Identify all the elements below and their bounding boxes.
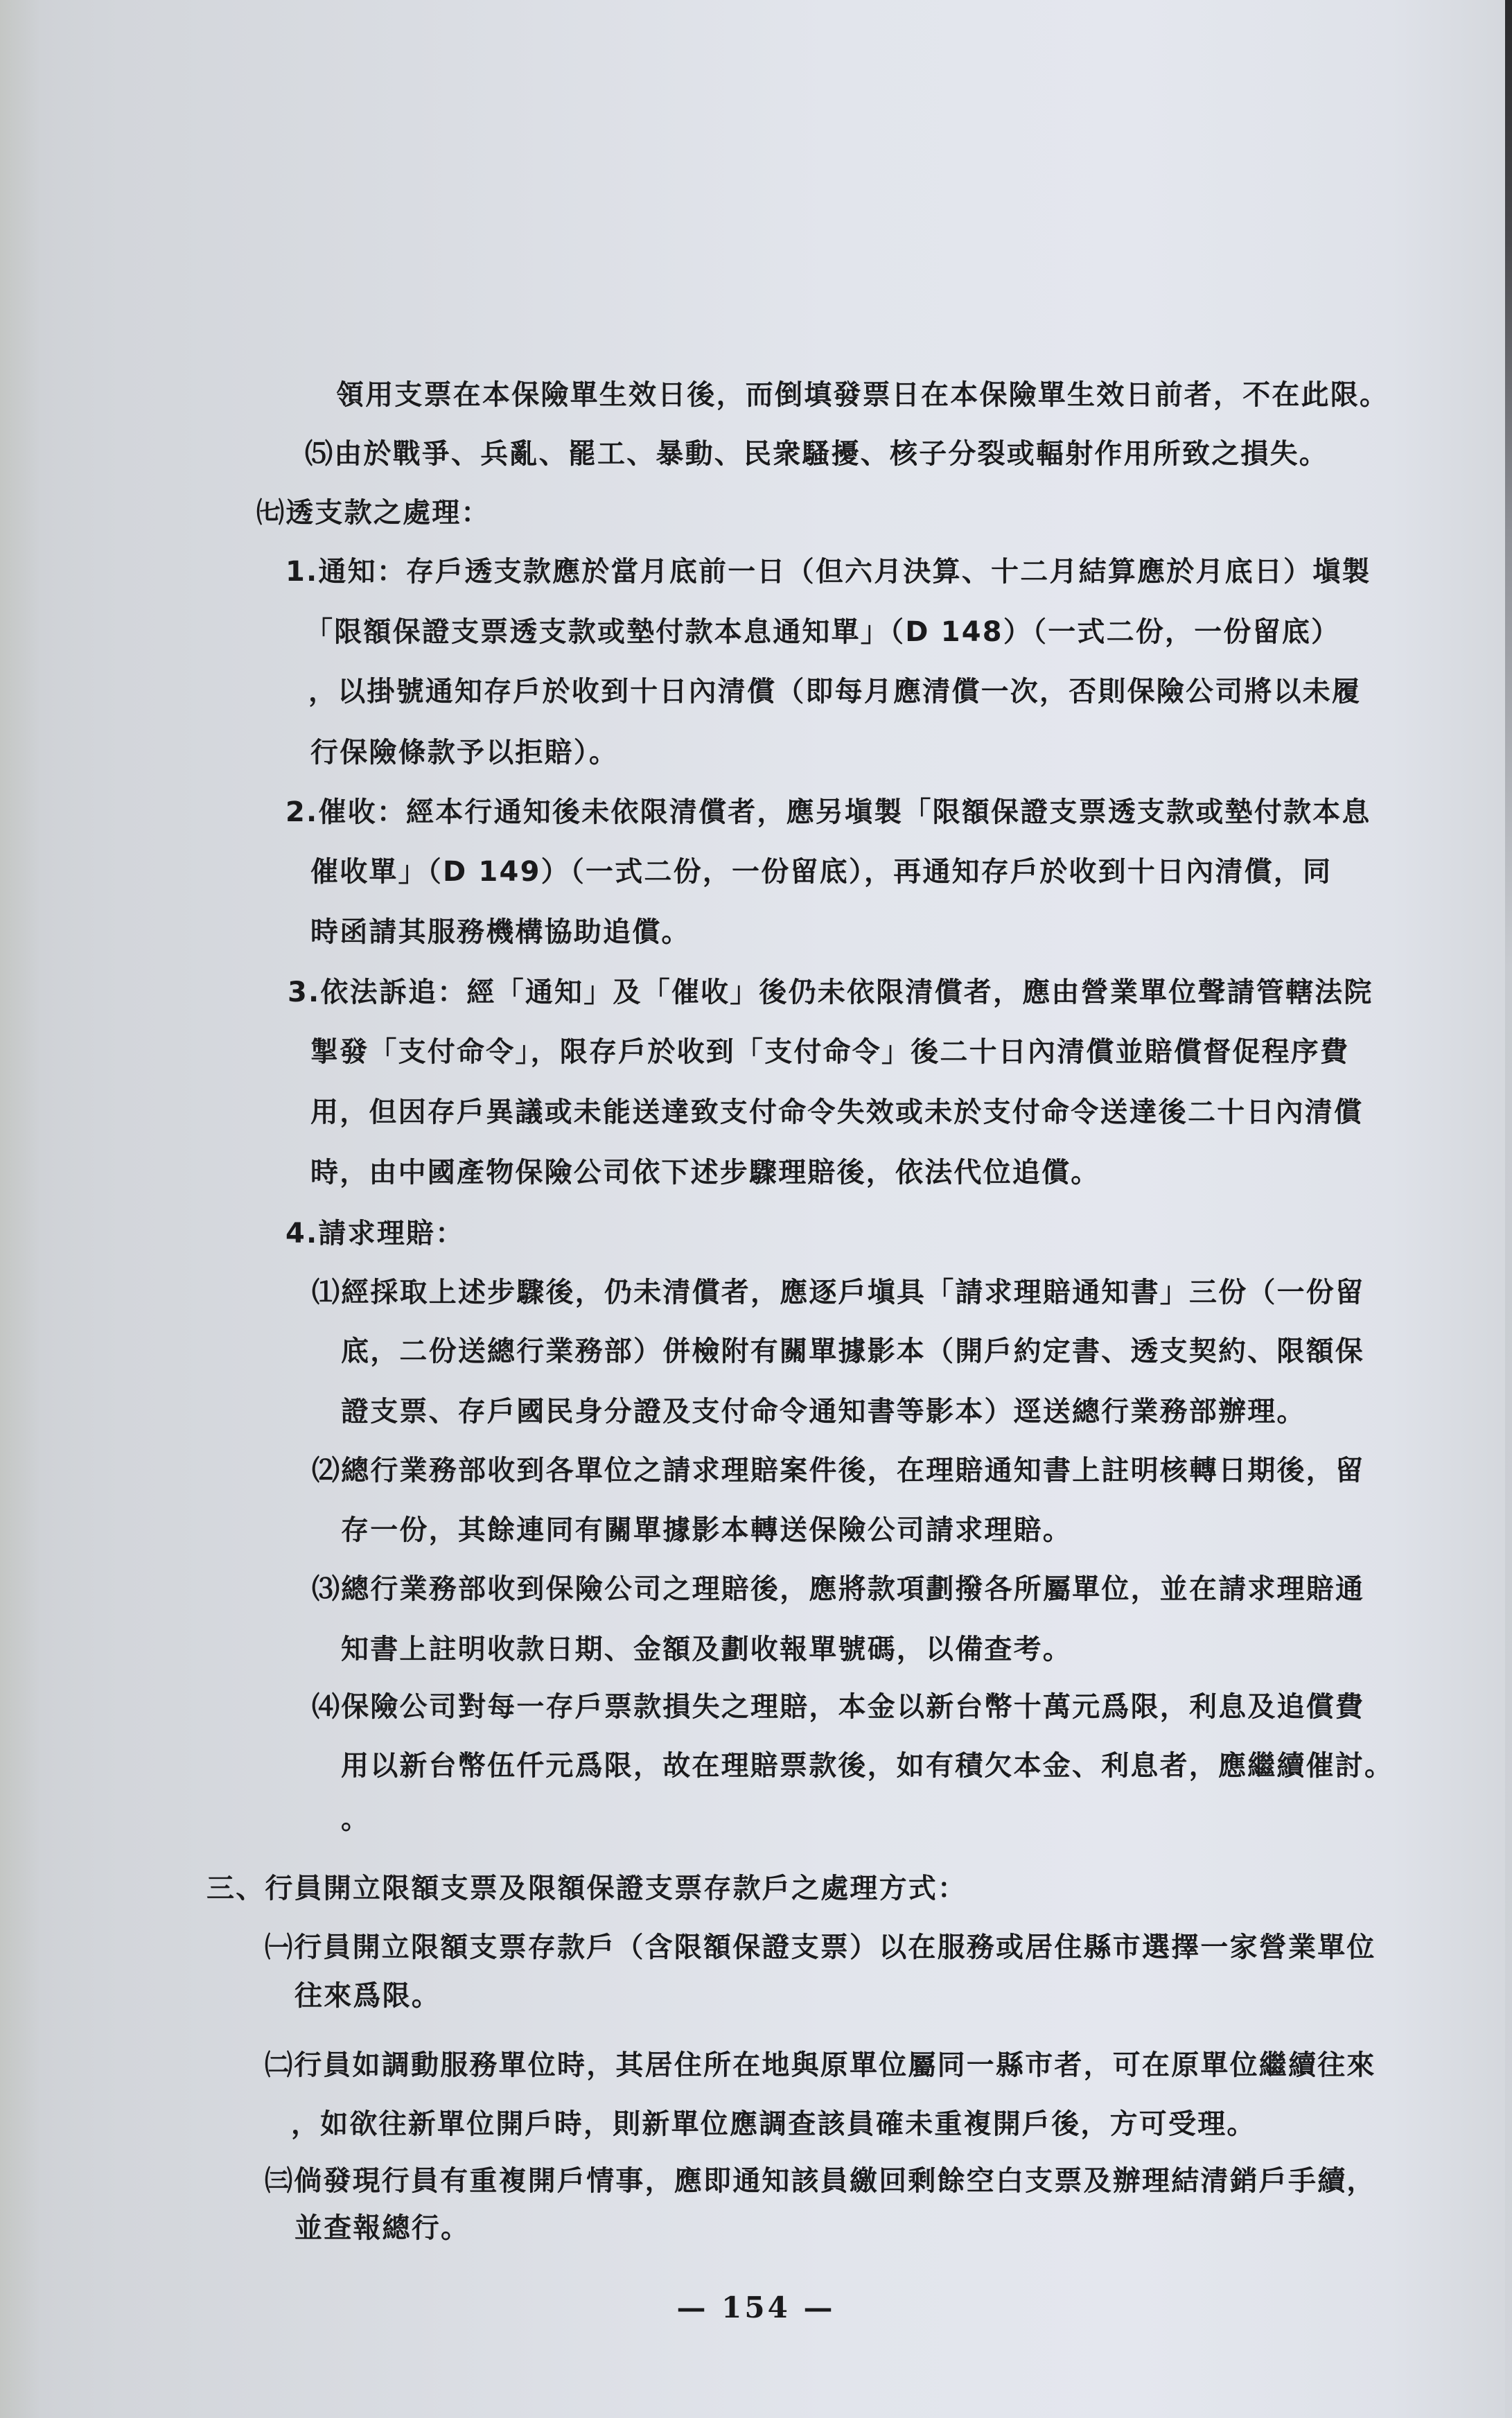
text-line: 知書上註明收款日期、金額及劃收報單號碼，以備查考。 (341, 1633, 1072, 1666)
text-line: 3.依法訴追：經「通知」及「催收」後仍未依限清償者，應由營業單位聲請管轄法院 (288, 976, 1373, 1009)
text-line: 並查報總行。 (295, 2211, 470, 2245)
subsection-heading: 4.請求理賠： (285, 1217, 464, 1250)
section-heading: ㈦透支款之處理： (256, 496, 491, 529)
text-line: ⑷保險公司對每一存戶票款損失之理賠，本金以新台幣十萬元爲限，利息及追償費 (312, 1690, 1364, 1724)
text-line: ⑵總行業務部收到各單位之請求理賠案件後，在理賠通知書上註明核轉日期後，留 (312, 1454, 1364, 1487)
text-line: ⑶總行業務部收到保險公司之理賠後，應將款項劃撥各所屬單位，並在請求理賠通 (312, 1572, 1364, 1606)
page-gutter-shadow (0, 0, 42, 2418)
text-line: ，以掛號通知存戶於收到十日內清償（即每月應清償一次，否則保險公司將以未履 (308, 675, 1361, 708)
text-line: ㈡行員如調動服務單位時，其居住所在地與原單位屬同一縣市者，可在原單位繼續往來 (265, 2049, 1376, 2082)
text-line: 用以新台幣伍仟元爲限，故在理賠票款後，如有積欠本金、利息者，應繼續催討。 (341, 1749, 1394, 1782)
page-edge (1505, 0, 1512, 2418)
section-heading: 三、行員開立限額支票及限額保證支票存款戶之處理方式： (206, 1872, 967, 1905)
text-line: 領用支票在本保險單生效日後，而倒填發票日在本保險單生效日前者，不在此限。 (336, 378, 1389, 412)
scanned-document-page: 領用支票在本保險單生效日後，而倒填發票日在本保險單生效日前者，不在此限。 ⑸由於… (0, 0, 1512, 2418)
text-line: 「限額保證支票透支款或墊付款本息通知單」（D 148）（一式二份，一份留底） (305, 615, 1340, 649)
text-line: ㈢倘發現行員有重複開戶情事，應即通知該員繳回剩餘空白支票及辦理結清銷戶手續， (265, 2164, 1376, 2198)
text-line: 存一份，其餘連同有關單據影本轉送保險公司請求理賠。 (341, 1514, 1072, 1547)
text-line: 。 (341, 1803, 370, 1836)
text-line: 用，但因存戶異議或未能送達致支付命令失效或未於支付命令送達後二十日內清償 (310, 1096, 1363, 1129)
text-line: 1.通知：存戶透支款應於當月底前一日（但六月決算、十二月結算應於月底日）塡製 (285, 555, 1371, 588)
text-line: 掣發「支付命令」，限存戶於收到「支付命令」後二十日內清償並賠償督促程序費 (310, 1035, 1349, 1069)
text-line: 底，二份送總行業務部）併檢附有關單據影本（開戶約定書、透支契約、限額保 (341, 1335, 1364, 1368)
text-line: 時函請其服務機構協助追償。 (310, 915, 691, 949)
text-line: 證支票、存戶國民身分證及支付命令通知書等影本）逕送總行業務部辦理。 (341, 1395, 1306, 1428)
text-line: 時，由中國產物保險公司依下述步驟理賠後，依法代位追償。 (310, 1156, 1100, 1189)
text-line: ⑸由於戰爭、兵亂、罷工、暴動、民衆騷擾、核子分裂或輻射作用所致之損失。 (305, 437, 1328, 471)
text-line: 2.催收：經本行通知後未依限清償者，應另塡製「限額保證支票透支款或墊付款本息 (285, 796, 1371, 829)
text-line: ⑴經採取上述步驟後，仍未清償者，應逐戶塡具「請求理賠通知書」三份（一份留 (312, 1276, 1364, 1309)
text-line: ㈠行員開立限額支票存款戶（含限額保證支票）以在服務或居住縣市選擇一家營業單位 (265, 1931, 1376, 1964)
text-line: 往來爲限。 (295, 1979, 441, 2013)
text-line: 催收單」（D 149）（一式二份，一份留底），再通知存戶於收到十日內清償，同 (310, 855, 1332, 888)
text-line: 行保險條款予以拒賠）。 (310, 736, 618, 769)
text-line: ，如欲往新單位開戶時，則新單位應調查該員確未重複開戶後，方可受理。 (291, 2108, 1256, 2141)
page-number: — 154 — (0, 2290, 1512, 2324)
